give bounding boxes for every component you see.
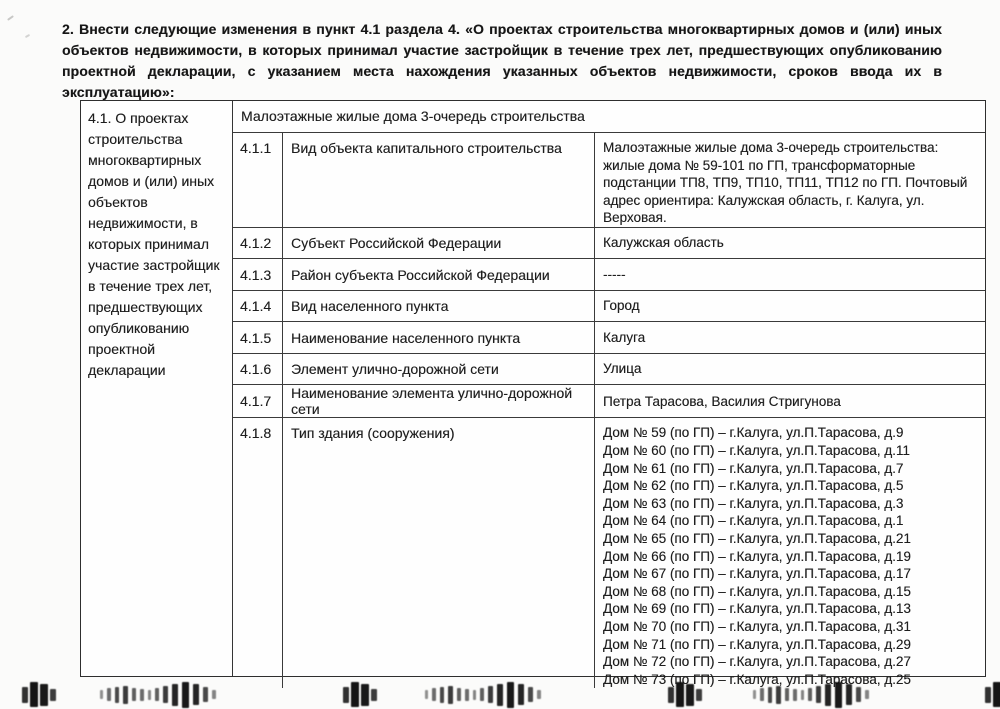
scanner-mark-cluster	[22, 680, 58, 709]
row-value: Калуга	[595, 322, 985, 353]
table-row: 4.1.5Наименование населенного пунктаКалу…	[233, 322, 985, 354]
scanner-mark-bar	[343, 687, 349, 703]
scanner-mark-cluster	[668, 680, 704, 709]
building-address-line: Дом № 61 (по ГП) – г.Калуга, ул.П.Тарасо…	[603, 460, 979, 478]
row-number: 4.1.1	[233, 133, 283, 227]
building-address-line: Дом № 59 (по ГП) – г.Калуга, ул.П.Тарасо…	[603, 424, 979, 442]
scanner-mark-bar	[172, 684, 178, 706]
scanner-mark-bar	[155, 688, 159, 701]
scanner-mark-cluster	[425, 680, 545, 709]
row-value: Улица	[595, 354, 985, 385]
scanner-mark-bar	[537, 690, 541, 699]
scanner-mark-bar	[488, 686, 493, 703]
building-address-line: Дом № 66 (по ГП) – г.Калуга, ул.П.Тарасо…	[603, 548, 979, 566]
scanner-mark-bar	[425, 690, 428, 699]
row-value: Петра Тарасова, Василия Стригунова	[595, 385, 985, 417]
scanner-mark-bar	[668, 687, 674, 703]
scanner-mark-bar	[440, 687, 444, 703]
scanner-mark-bar	[760, 688, 764, 701]
row-value: Калужская область	[595, 228, 985, 259]
scanner-mark-bar	[528, 687, 533, 702]
scanner-mark-bar	[473, 690, 476, 700]
scanner-mark-cluster	[985, 680, 1000, 709]
row-value: Город	[595, 291, 985, 322]
building-address-line: Дом № 64 (по ГП) – г.Калуга, ул.П.Тарасо…	[603, 512, 979, 530]
scanner-mark-cluster	[100, 680, 220, 709]
scanner-mark-bar	[776, 686, 781, 704]
row-label: Субъект Российской Федерации	[283, 228, 595, 259]
building-address-line: Дом № 67 (по ГП) – г.Калуга, ул.П.Тарасо…	[603, 565, 979, 583]
scanner-mark-bar	[507, 682, 514, 708]
scanner-mark-bar	[163, 686, 168, 703]
scanner-mark-cluster	[753, 680, 873, 709]
scanner-mark-bar	[846, 684, 852, 705]
row-number: 4.1.8	[233, 418, 283, 688]
scanner-mark-bar	[140, 689, 144, 701]
building-address-line: Дом № 68 (по ГП) – г.Калуга, ул.П.Тарасо…	[603, 583, 979, 601]
scanner-mark-bar	[123, 686, 128, 704]
scanner-mark-bar	[801, 690, 804, 700]
building-address-line: Дом № 71 (по ГП) – г.Калуга, ул.П.Тарасо…	[603, 636, 979, 654]
scanner-mark-bar	[865, 690, 869, 699]
scanner-mark-bar	[193, 684, 199, 705]
table-row: 4.1.2Субъект Российской ФедерацииКалужск…	[233, 228, 985, 260]
scanner-mark-bar	[448, 686, 453, 704]
row-label: Вид населенного пункта	[283, 291, 595, 322]
scanner-mark-bar	[993, 682, 1000, 707]
scanner-mark-bar	[785, 688, 789, 701]
building-address-line: Дом № 62 (по ГП) – г.Калуга, ул.П.Тарасо…	[603, 477, 979, 495]
table-row: 4.1.1Вид объекта капитального строительс…	[233, 133, 985, 228]
scanner-mark-bar	[696, 689, 702, 701]
row-number: 4.1.4	[233, 291, 283, 322]
scanner-mark-bar	[203, 687, 208, 702]
row-number: 4.1.3	[233, 259, 283, 290]
table-row: 4.1.6Элемент улично-дорожной сетиУлица	[233, 354, 985, 386]
scanner-mark-bar	[793, 689, 797, 701]
scanner-mark-bar	[457, 688, 461, 701]
row-label: Район субъекта Российской Федерации	[283, 259, 595, 290]
scanner-mark-bar	[465, 689, 469, 701]
scanner-mark-bar	[985, 687, 991, 703]
scanner-mark-bar	[825, 684, 831, 706]
table-right-part: Малоэтажные жилые дома 3-очередь строите…	[233, 101, 985, 676]
building-address-line: Дом № 69 (по ГП) – г.Калуга, ул.П.Тарасо…	[603, 600, 979, 618]
row-label: Тип здания (сооружения)	[283, 418, 595, 688]
scanner-mark-bar	[115, 687, 119, 703]
row-value: Дом № 59 (по ГП) – г.Калуга, ул.П.Тарасо…	[595, 418, 985, 688]
row-value: Малоэтажные жилые дома 3-очередь строите…	[595, 133, 985, 227]
scan-speckle	[7, 15, 14, 21]
scanner-mark-bar	[686, 684, 694, 706]
intro-paragraph: 2. Внести следующие изменения в пункт 4.…	[62, 19, 942, 103]
scan-speckle	[25, 34, 30, 38]
scanner-mark-bar	[50, 689, 56, 701]
scanner-mark-bar	[835, 682, 842, 708]
row-number: 4.1.7	[233, 385, 283, 417]
building-address-line: Дом № 65 (по ГП) – г.Калуга, ул.П.Тарасо…	[603, 530, 979, 548]
scanner-mark-bar	[30, 682, 38, 707]
scanner-mark-bar	[132, 688, 136, 701]
scanner-mark-cluster	[343, 680, 379, 709]
row-label: Наименование населенного пункта	[283, 322, 595, 353]
scanner-mark-bar	[351, 682, 359, 707]
scanner-mark-bar	[753, 690, 756, 699]
row-number: 4.1.2	[233, 228, 283, 259]
row-number: 4.1.6	[233, 354, 283, 385]
scanner-feed-marks	[0, 680, 1000, 709]
scanner-mark-bar	[816, 686, 821, 703]
group-header-cell: Малоэтажные жилые дома 3-очередь строите…	[233, 101, 985, 133]
scanner-mark-bar	[371, 689, 377, 701]
scanner-mark-bar	[768, 687, 772, 703]
scanner-mark-bar	[100, 690, 103, 699]
scanner-mark-bar	[212, 690, 216, 699]
section-label-cell: 4.1. О проектах строительства многокварт…	[81, 101, 233, 676]
scanner-mark-bar	[432, 688, 436, 701]
building-address-line: Дом № 60 (по ГП) – г.Калуга, ул.П.Тарасо…	[603, 442, 979, 460]
scanner-mark-bar	[518, 684, 524, 705]
scanner-mark-bar	[22, 687, 28, 703]
scanner-mark-bar	[497, 684, 503, 706]
projects-table: 4.1. О проектах строительства многокварт…	[80, 100, 986, 677]
building-address-line: Дом № 63 (по ГП) – г.Калуга, ул.П.Тарасо…	[603, 495, 979, 513]
table-row: 4.1.3Район субъекта Российской Федерации…	[233, 259, 985, 291]
scanner-mark-bar	[40, 684, 48, 706]
scanner-mark-bar	[676, 682, 684, 707]
row-number: 4.1.5	[233, 322, 283, 353]
scanner-mark-bar	[107, 688, 111, 701]
row-label: Вид объекта капитального строительства	[283, 133, 595, 227]
scanner-mark-bar	[361, 684, 369, 706]
row-label: Наименование элемента улично-дорожной се…	[283, 385, 595, 417]
scanner-mark-bar	[856, 687, 861, 702]
scanner-mark-bar	[480, 688, 484, 701]
table-row: 4.1.7Наименование элемента улично-дорожн…	[233, 385, 985, 418]
table-rows: 4.1.1Вид объекта капитального строительс…	[233, 133, 985, 688]
scanner-mark-bar	[148, 690, 151, 700]
table-row: 4.1.4Вид населенного пунктаГород	[233, 291, 985, 323]
building-address-line: Дом № 70 (по ГП) – г.Калуга, ул.П.Тарасо…	[603, 618, 979, 636]
scanner-mark-bar	[182, 682, 189, 708]
scanner-mark-bar	[808, 688, 812, 701]
table-row: 4.1.8Тип здания (сооружения)Дом № 59 (по…	[233, 418, 985, 688]
row-value: -----	[595, 259, 985, 290]
building-address-line: Дом № 72 (по ГП) – г.Калуга, ул.П.Тарасо…	[603, 653, 979, 671]
row-label: Элемент улично-дорожной сети	[283, 354, 595, 385]
